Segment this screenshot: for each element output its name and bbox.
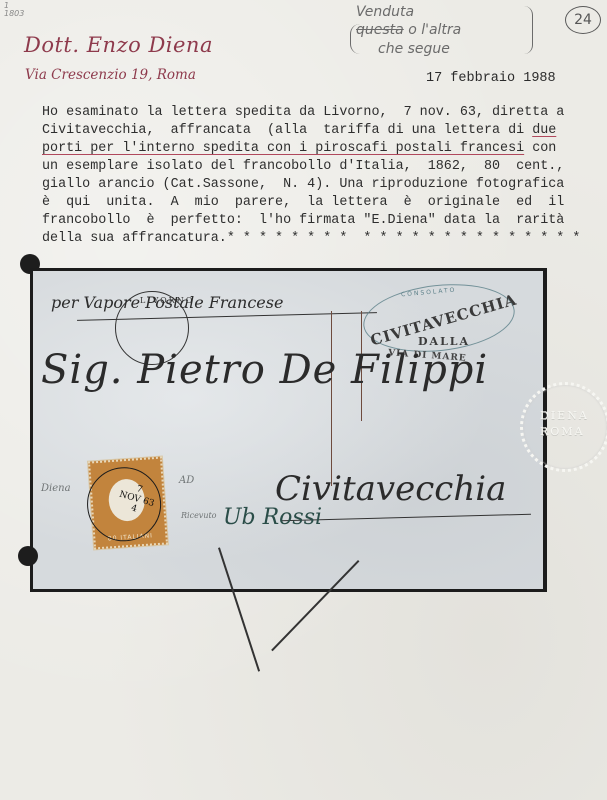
annotation-rest: o l'altra <box>408 22 461 38</box>
pencil-reference-note: 1 1803 <box>4 2 24 18</box>
body-line: un esemplare isolato del francobollo d'I… <box>42 158 554 176</box>
cover-photograph: LIVORNO per Vapore Postale Francese CONS… <box>30 268 547 592</box>
body-line-text: Civitavecchia, affrancata (alla tariffa … <box>42 123 532 138</box>
annotation-line-2: questa o l'altra <box>356 22 461 38</box>
letterhead-address: Via Crescenzio 19, Roma <box>25 67 196 83</box>
annotation-struck-word: questa <box>356 22 404 38</box>
underlined-text: porti per l'interno spedita con i pirosc… <box>42 141 524 156</box>
destination-city: Civitavecchia <box>275 469 506 509</box>
letterhead-name: Dott. Enzo Diena <box>24 33 213 57</box>
body-line: Civitavecchia, affrancata (alla tariffa … <box>42 122 554 140</box>
pencil-note: Diena <box>41 483 71 494</box>
pencil-note: AD <box>179 475 194 486</box>
body-line: della sua affrancatura.* * * * * * * * *… <box>42 230 554 248</box>
annotation-close-bracket <box>524 6 533 54</box>
pencil-note-line: 1803 <box>4 9 24 18</box>
postmark-hour: 4 <box>130 503 138 514</box>
body-line: porti per l'interno spedita con i pirosc… <box>42 140 554 158</box>
addressee: Sig. Pietro De Filippi <box>41 347 488 393</box>
seal-line: DIENA <box>540 409 589 422</box>
body-line: francobollo è perfetto: l'ho firmata "E.… <box>42 212 554 230</box>
body-line: Ho esaminato la lettera spedita da Livor… <box>42 104 554 122</box>
routing-note: per Vapore Postale Francese <box>51 293 283 312</box>
body-line-text: con <box>524 141 556 156</box>
postage-stamp: 80 ITALIANI 7 NOV 63 4 <box>88 457 168 550</box>
punch-hole <box>18 546 38 566</box>
certificate-body: Ho esaminato la lettera spedita da Livor… <box>42 104 554 248</box>
annotation-line-1: Venduta <box>356 4 414 20</box>
embossed-seal-text: DIENA ROMA <box>540 408 589 440</box>
seal-line: ROMA <box>540 425 585 438</box>
manuscript-rate-line <box>331 311 332 486</box>
annotation-line-3: che segue <box>378 41 450 57</box>
body-line: giallo arancio (Cat.Sassone, N. 4). Una … <box>42 176 554 194</box>
letter-date: 17 febbraio 1988 <box>426 71 556 86</box>
underlined-text: due <box>532 123 556 138</box>
page-number-circle: 24 <box>565 6 601 34</box>
pencil-note: Ricevuto <box>181 511 217 520</box>
body-line: è qui unita. A mio parere, la lettera è … <box>42 194 554 212</box>
green-ink-scrawl: Ub Rossi <box>223 505 322 530</box>
